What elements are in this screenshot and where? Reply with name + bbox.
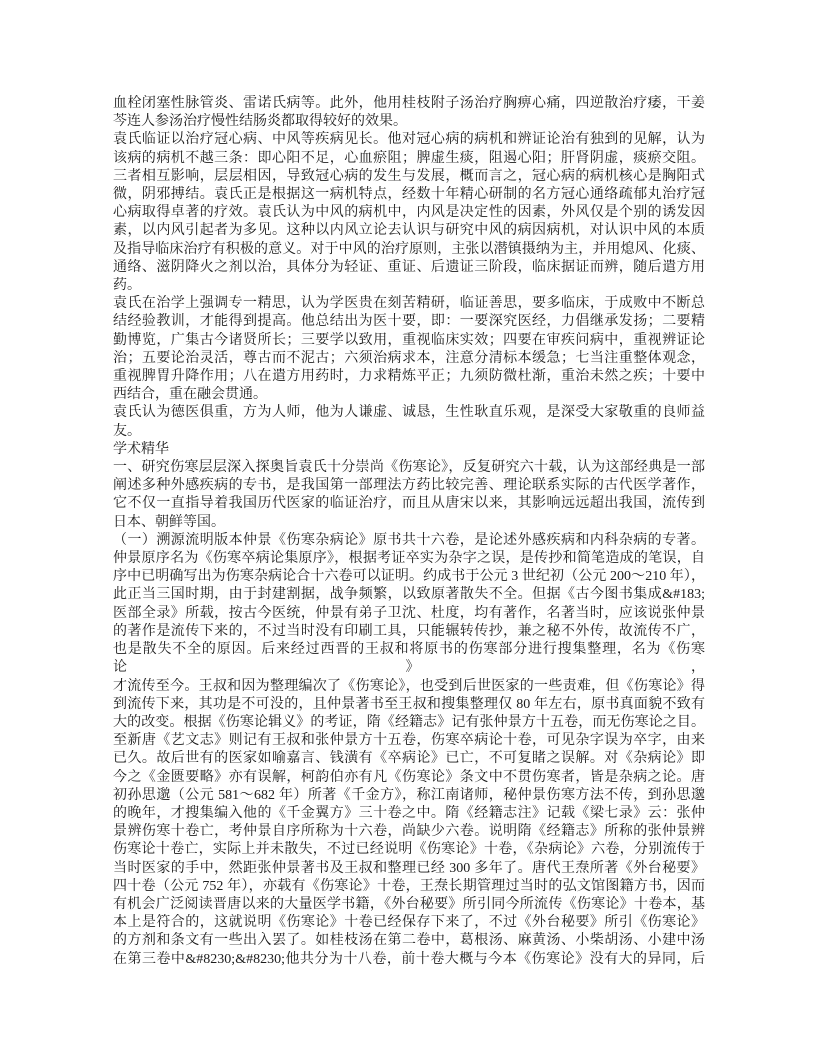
text-line: 在第三卷中&#8230;&#8230;他共分为十八卷，前十卷大概与今本《伤寒论》… [113, 951, 705, 969]
paragraph: 袁氏在治学上强调专一精思，认为学医贵在刻苦精研，临证善思，要多临床，于成败中不断… [113, 295, 705, 404]
text-line: 芩连人参汤治疗慢性结肠炎都取得较好的效果。 [113, 113, 705, 131]
text-line: 通络、滋阴降火之剂以治，具体分为轻证、重证、后遗证三阶段，临床据证而辨，随后遣方… [113, 259, 705, 277]
paragraph: 学术精华 [113, 441, 705, 459]
text-line: 的方剂和条文有一些出入罢了。如桂枝汤在第二卷中，葛根汤、麻黄汤、小柴胡汤、小建中… [113, 932, 705, 950]
text-line: 至新唐《艺文志》则记有王叔和张仲景方十五卷，伤寒卒病论十卷，可见杂字误为卒字，由… [113, 732, 705, 750]
text-line: 袁氏在治学上强调专一精思，认为学医贵在刻苦精研，临证善思，要多临床，于成败中不断… [113, 295, 705, 313]
text-line: 景辨伤寒十卷亡，考仲景自序所称为十六卷，尚缺少六卷。说明隋《经籍志》所称的张仲景… [113, 823, 705, 841]
text-line: 当时医家的手中，然距张仲景著书及王叔和整理已经 300 多年了。唐代王焘所著《外… [113, 860, 705, 878]
text-line: 今之《金匮要略》亦有误解，柯韵伯亦有凡《伤寒论》条文中不贯伤寒者，皆是杂病之论。… [113, 769, 705, 787]
text-line: 治；五要论治灵活，尊古而不泥古；六须治病求本，注意分清标本缓急；七当注重整体观念… [113, 350, 705, 368]
text-line: 已久。故后世有的医家如喻嘉言、钱潢有《卒病论》已亡，不可复睹之误解。对《杂病论》… [113, 750, 705, 768]
text-line: 袁氏临证以治疗冠心病、中风等疾病见长。他对冠心病的病机和辨证论治有独到的见解，认… [113, 131, 705, 149]
paragraph: （一）溯源流明版本仲景《伤寒杂病论》原书共十六卷，是论述外感疾病和内科杂病的专著… [113, 532, 705, 969]
text-line: 西结合，重在融会贯通。 [113, 386, 705, 404]
text-line: 重视脾胃升降作用；八在遣方用药时，力求精炼平正；九须防微杜渐，重治未然之疾；十要… [113, 368, 705, 386]
text-line: 勤博览，广集古今诸贤所长；三要学以致用，重视临床实效；四要在审疾问病中，重视辨证… [113, 332, 705, 350]
text-line: 医部全录》所载，按古今医统，仲景有弟子卫沈、杜度，均有著作，名著当时，应该说张仲… [113, 605, 705, 623]
text-line: 友。 [113, 423, 705, 441]
text-line: 到流传下来，其功是不可没的，且仲景著书至王叔和搜集整理仅 80 年左右，原书真面… [113, 696, 705, 714]
text-line: （一）溯源流明版本仲景《伤寒杂病论》原书共十六卷，是论述外感疾病和内科杂病的专著… [113, 532, 705, 550]
text-line: 此正当三国时期，由于封建割据，战争频繁，以致原著散失不全。但据《古今图书集成&#… [113, 586, 705, 604]
text-line: 心病取得卓著的疗效。袁氏认为中风的病机中，内风是决定性的因素，外风仅是个别的诱发… [113, 204, 705, 222]
text-line: 结经验教训，才能得到提高。他总结出为医十要，即：一要深究医经，力倡继承发扬；二要… [113, 313, 705, 331]
text-line: 本上是符合的，这就说明《伤寒论》十卷已经保存下来了，不过《外台秘要》所引《伤寒论… [113, 914, 705, 932]
text-line: 该病的病机不越三条：即心阳不足，心血瘀阻；脾虚生痰，阻遏心阳；肝肾阴虚，痰瘀交阻… [113, 150, 705, 168]
text-line: 及指导临床治疗有积极的意义。对于中风的治疗原则，主张以潜镇摄纳为主，并用熄风、化… [113, 241, 705, 259]
text-block: 血栓闭塞性脉管炎、雷诺氏病等。此外，他用桂枝附子汤治疗胸痹心痛，四逆散治疗痿，干… [113, 95, 705, 969]
text-line: 日本、朝鲜等国。 [113, 514, 705, 532]
text-line: 阐述多种外感疾病的专书，是我国第一部理法方药比较完善、理论联系实际的古代医学著作… [113, 477, 705, 495]
text-line: 三者相互影响，层层相因，导致冠心病的发生与发展，概而言之，冠心病的病机核心是胸阳… [113, 168, 705, 186]
text-line: 的晚年，才搜集编入他的《千金翼方》三十卷之中。隋《经籍志注》记载《梁七录》云：张… [113, 805, 705, 823]
document-page: 血栓闭塞性脉管炎、雷诺氏病等。此外，他用桂枝附子汤治疗胸痹心痛，四逆散治疗痿，干… [0, 0, 816, 1056]
paragraph: 一、研究伤寒层层深入探奥旨袁氏十分崇尚《伤寒论》，反复研究六十载，认为这部经典是… [113, 459, 705, 532]
text-line: 袁氏认为德医俱重，方为人师，他为人谦虚、诚恳，生性耿直乐观，是深受大家敬重的良师… [113, 404, 705, 422]
text-line: 有机会广泛阅读晋唐以来的大量医学书籍，《外台秘要》所引同今所流传《伤寒论》十卷本… [113, 896, 705, 914]
text-line: 素，以内风引起者为多见。这种以内风立论去认识与研究中风的病因病机，对认识中风的本… [113, 222, 705, 240]
text-line: 四十卷（公元 752 年），亦载有《伤寒论》十卷，王焘长期管理过当时的弘文馆图籍… [113, 878, 705, 896]
text-line: 一、研究伤寒层层深入探奥旨袁氏十分崇尚《伤寒论》，反复研究六十载，认为这部经典是… [113, 459, 705, 477]
text-line: 伤寒论十卷亡，实际上并未散失，不过已经说明《伤寒论》十卷，《杂病论》六卷，分别流… [113, 841, 705, 859]
text-line: 的著作是流传下来的，不过当时没有印刷工具，只能辗转传抄，兼之秘不外传，故流传不广… [113, 623, 705, 641]
text-line: 序中已明确写出为伤寒杂病论合十六卷可以证明。约成书于公元 3 世纪初（公元 20… [113, 568, 705, 586]
text-line: 微，阴邪搏结。袁氏正是根据这一病机特点，经数十年精心研制的名方冠心通络疏郁丸治疗… [113, 186, 705, 204]
paragraph: 袁氏认为德医俱重，方为人师，他为人谦虚、诚恳，生性耿直乐观，是深受大家敬重的良师… [113, 404, 705, 440]
paragraph: 血栓闭塞性脉管炎、雷诺氏病等。此外，他用桂枝附子汤治疗胸痹心痛，四逆散治疗痿，干… [113, 95, 705, 131]
text-line: 初孙思邈（公元 581～682 年）所著《千金方》，称江南诸师，秘仲景伤寒方法不… [113, 787, 705, 805]
text-line: 它不仅一直指导着我国历代医家的临证治疗，而且从唐宋以来，其影响远远超出我国，流传… [113, 495, 705, 513]
text-line: 血栓闭塞性脉管炎、雷诺氏病等。此外，他用桂枝附子汤治疗胸痹心痛，四逆散治疗痿，干… [113, 95, 705, 113]
paragraph: 袁氏临证以治疗冠心病、中风等疾病见长。他对冠心病的病机和辨证论治有独到的见解，认… [113, 131, 705, 295]
text-line: 学术精华 [113, 441, 705, 459]
text-line: 才流传至今。王叔和因为整理编次了《伤寒论》，也受到后世医家的一些责难，但《伤寒论… [113, 678, 705, 696]
text-line: 药。 [113, 277, 705, 295]
text-line: 也是散失不全的原因。后来经过西晋的王叔和将原书的伤寒部分进行搜集整理，名为《伤寒… [113, 641, 705, 677]
text-line: 大的改变。根据《伤寒论辑义》的考证，隋《经籍志》记有张仲景方十五卷，而无伤寒论之… [113, 714, 705, 732]
text-line: 仲景原序名为《伤寒卒病论集原序》，根据考证卒实为杂字之误，是传抄和简笔造成的笔误… [113, 550, 705, 568]
